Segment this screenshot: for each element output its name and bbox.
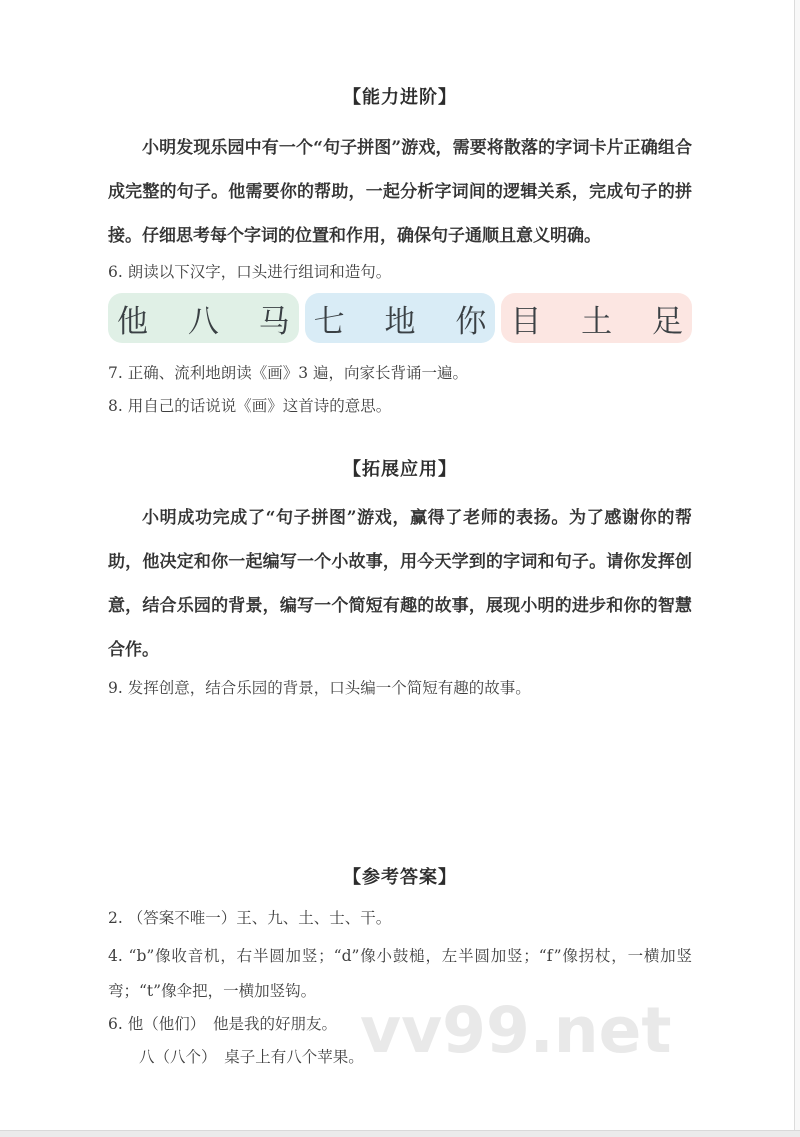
character-card-blue: 七 地 你: [305, 293, 496, 343]
question-8: 8. 用自己的话说说《画》这首诗的意思。: [108, 394, 692, 418]
document-page: 【能力进阶】 小明发现乐园中有一个“句子拼图”游戏，需要将散落的字词卡片正确组合…: [0, 0, 800, 1137]
character-card-green: 他 八 马: [108, 293, 299, 343]
character-card-row: 他 八 马 七 地 你 目 土 足: [108, 293, 692, 343]
section-heading-answers: 【参考答案】: [108, 866, 692, 890]
answer-4: 4. “b”像收音机，右半圆加竖；“d”像小鼓槌，左半圆加竖；“f”像拐杖，一横…: [108, 939, 692, 1009]
question-9: 9. 发挥创意，结合乐园的背景，口头编一个简短有趣的故事。: [108, 676, 692, 700]
extension-intro-paragraph: 小明成功完成了“句子拼图”游戏，赢得了老师的表扬。为了感谢你的帮助，他决定和你一…: [108, 496, 692, 672]
answer-6-line2: 八（八个） 桌子上有八个苹果。: [108, 1045, 692, 1069]
page-right-edge: [794, 0, 800, 1137]
section-heading-ability: 【能力进阶】: [108, 0, 692, 110]
section-heading-extension: 【拓展应用】: [108, 458, 692, 482]
page-bottom-edge: [0, 1130, 800, 1137]
answer-2: 2. （答案不唯一）王、九、土、士、干。: [108, 906, 692, 930]
answer-6-line1: 6. 他（他们） 他是我的好朋友。: [108, 1012, 692, 1036]
page-content: 【能力进阶】 小明发现乐园中有一个“句子拼图”游戏，需要将散落的字词卡片正确组合…: [0, 0, 800, 1069]
question-6: 6. 朗读以下汉字，口头进行组词和造句。: [108, 260, 692, 284]
ability-intro-paragraph: 小明发现乐园中有一个“句子拼图”游戏，需要将散落的字词卡片正确组合成完整的句子。…: [108, 126, 692, 258]
character-card-pink: 目 土 足: [501, 293, 692, 343]
question-7: 7. 正确、流利地朗读《画》3 遍，向家长背诵一遍。: [108, 361, 692, 385]
